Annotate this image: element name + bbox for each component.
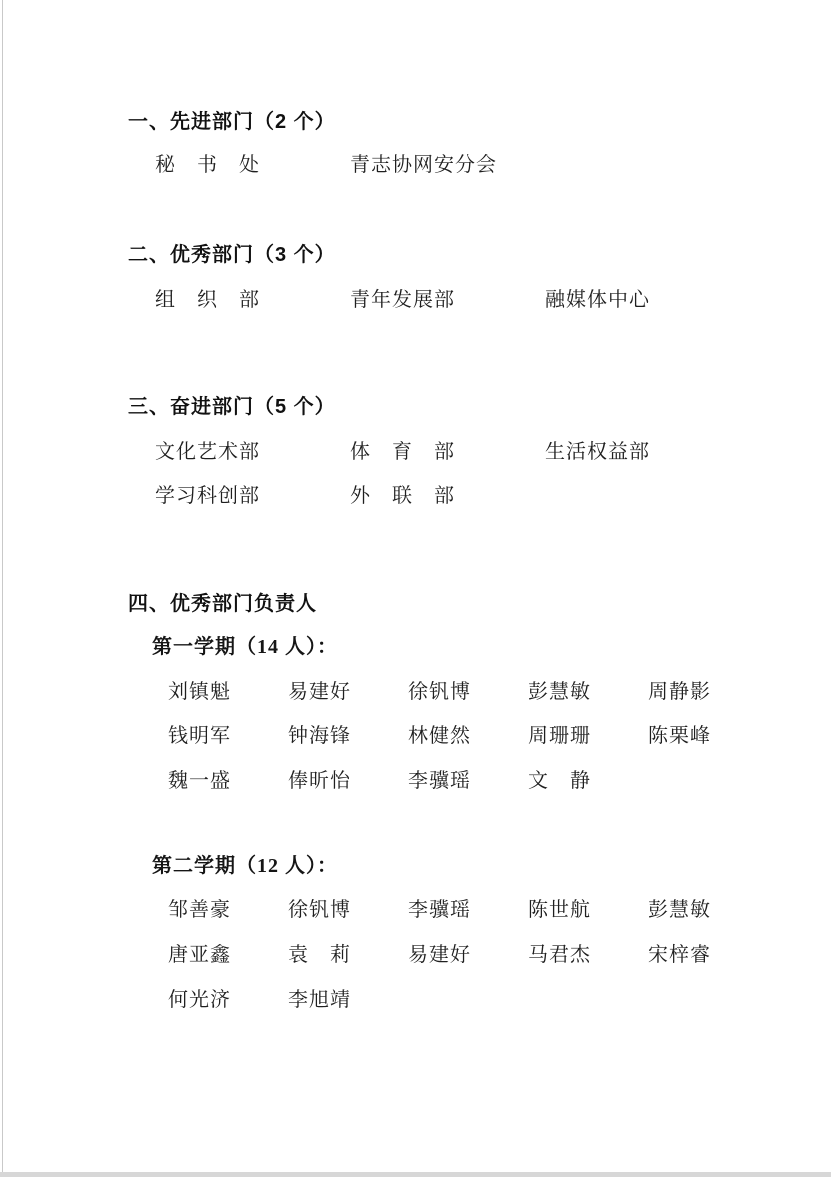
person-name-row: 何光济 李旭靖	[168, 988, 408, 1012]
person-name-row: 唐亚鑫 袁 莉 易建好 马君杰 宋梓睿	[168, 943, 768, 967]
person-name: 马君杰	[528, 943, 648, 967]
department-row: 文化艺术部 体 育 部 生活权益部	[155, 440, 740, 464]
department-name: 组 织 部	[155, 288, 350, 312]
person-name: 李旭靖	[288, 988, 408, 1012]
person-name: 周静影	[648, 680, 768, 704]
person-name: 邹善豪	[168, 898, 288, 922]
person-name: 林健然	[408, 724, 528, 748]
person-name-row: 钱明军 钟海锋 林健然 周珊珊 陈栗峰	[168, 724, 768, 748]
person-name: 彭慧敏	[648, 898, 768, 922]
person-name: 钟海锋	[288, 724, 408, 748]
person-name: 钱明军	[168, 724, 288, 748]
person-name: 易建好	[288, 680, 408, 704]
person-name-row: 魏一盛 俸昕怡 李骥瑶 文 静	[168, 769, 648, 793]
person-name: 陈世航	[528, 898, 648, 922]
department-row: 学习科创部 外 联 部	[155, 484, 545, 508]
department-row: 秘 书 处 青志协网安分会	[155, 153, 545, 177]
department-row: 组 织 部 青年发展部 融媒体中心	[155, 288, 740, 312]
page-bottom-edge	[0, 1172, 831, 1177]
person-name: 袁 莉	[288, 943, 408, 967]
department-name: 学习科创部	[155, 484, 350, 508]
person-name: 魏一盛	[168, 769, 288, 793]
person-name: 周珊珊	[528, 724, 648, 748]
section-heading-4: 四、优秀部门负责人	[128, 592, 317, 616]
document-page: 一、先进部门（2 个） 秘 书 处 青志协网安分会 二、优秀部门（3 个） 组 …	[0, 0, 831, 1177]
department-name: 融媒体中心	[545, 288, 740, 312]
department-name: 体 育 部	[350, 440, 545, 464]
person-name: 李骥瑶	[408, 898, 528, 922]
department-name: 外 联 部	[350, 484, 545, 508]
person-name: 何光济	[168, 988, 288, 1012]
person-name: 彭慧敏	[528, 680, 648, 704]
person-name: 易建好	[408, 943, 528, 967]
department-name: 青志协网安分会	[350, 153, 545, 177]
person-name: 李骥瑶	[408, 769, 528, 793]
page-left-edge	[2, 0, 3, 1177]
section-heading-3: 三、奋进部门（5 个）	[128, 395, 336, 419]
person-name-row: 邹善豪 徐钒博 李骥瑶 陈世航 彭慧敏	[168, 898, 768, 922]
department-name: 生活权益部	[545, 440, 740, 464]
person-name: 俸昕怡	[288, 769, 408, 793]
person-name: 徐钒博	[288, 898, 408, 922]
person-name: 刘镇魁	[168, 680, 288, 704]
department-name: 秘 书 处	[155, 153, 350, 177]
person-name: 文 静	[528, 769, 648, 793]
section-heading-2: 二、优秀部门（3 个）	[128, 243, 336, 267]
person-name: 陈栗峰	[648, 724, 768, 748]
department-name: 青年发展部	[350, 288, 545, 312]
person-name: 唐亚鑫	[168, 943, 288, 967]
department-name: 文化艺术部	[155, 440, 350, 464]
person-name-row: 刘镇魁 易建好 徐钒博 彭慧敏 周静影	[168, 680, 768, 704]
semester-heading-2: 第二学期（12 人）：	[152, 854, 338, 878]
person-name: 徐钒博	[408, 680, 528, 704]
semester-heading-1: 第一学期（14 人）：	[152, 635, 338, 659]
person-name: 宋梓睿	[648, 943, 768, 967]
section-heading-1: 一、先进部门（2 个）	[128, 110, 336, 134]
